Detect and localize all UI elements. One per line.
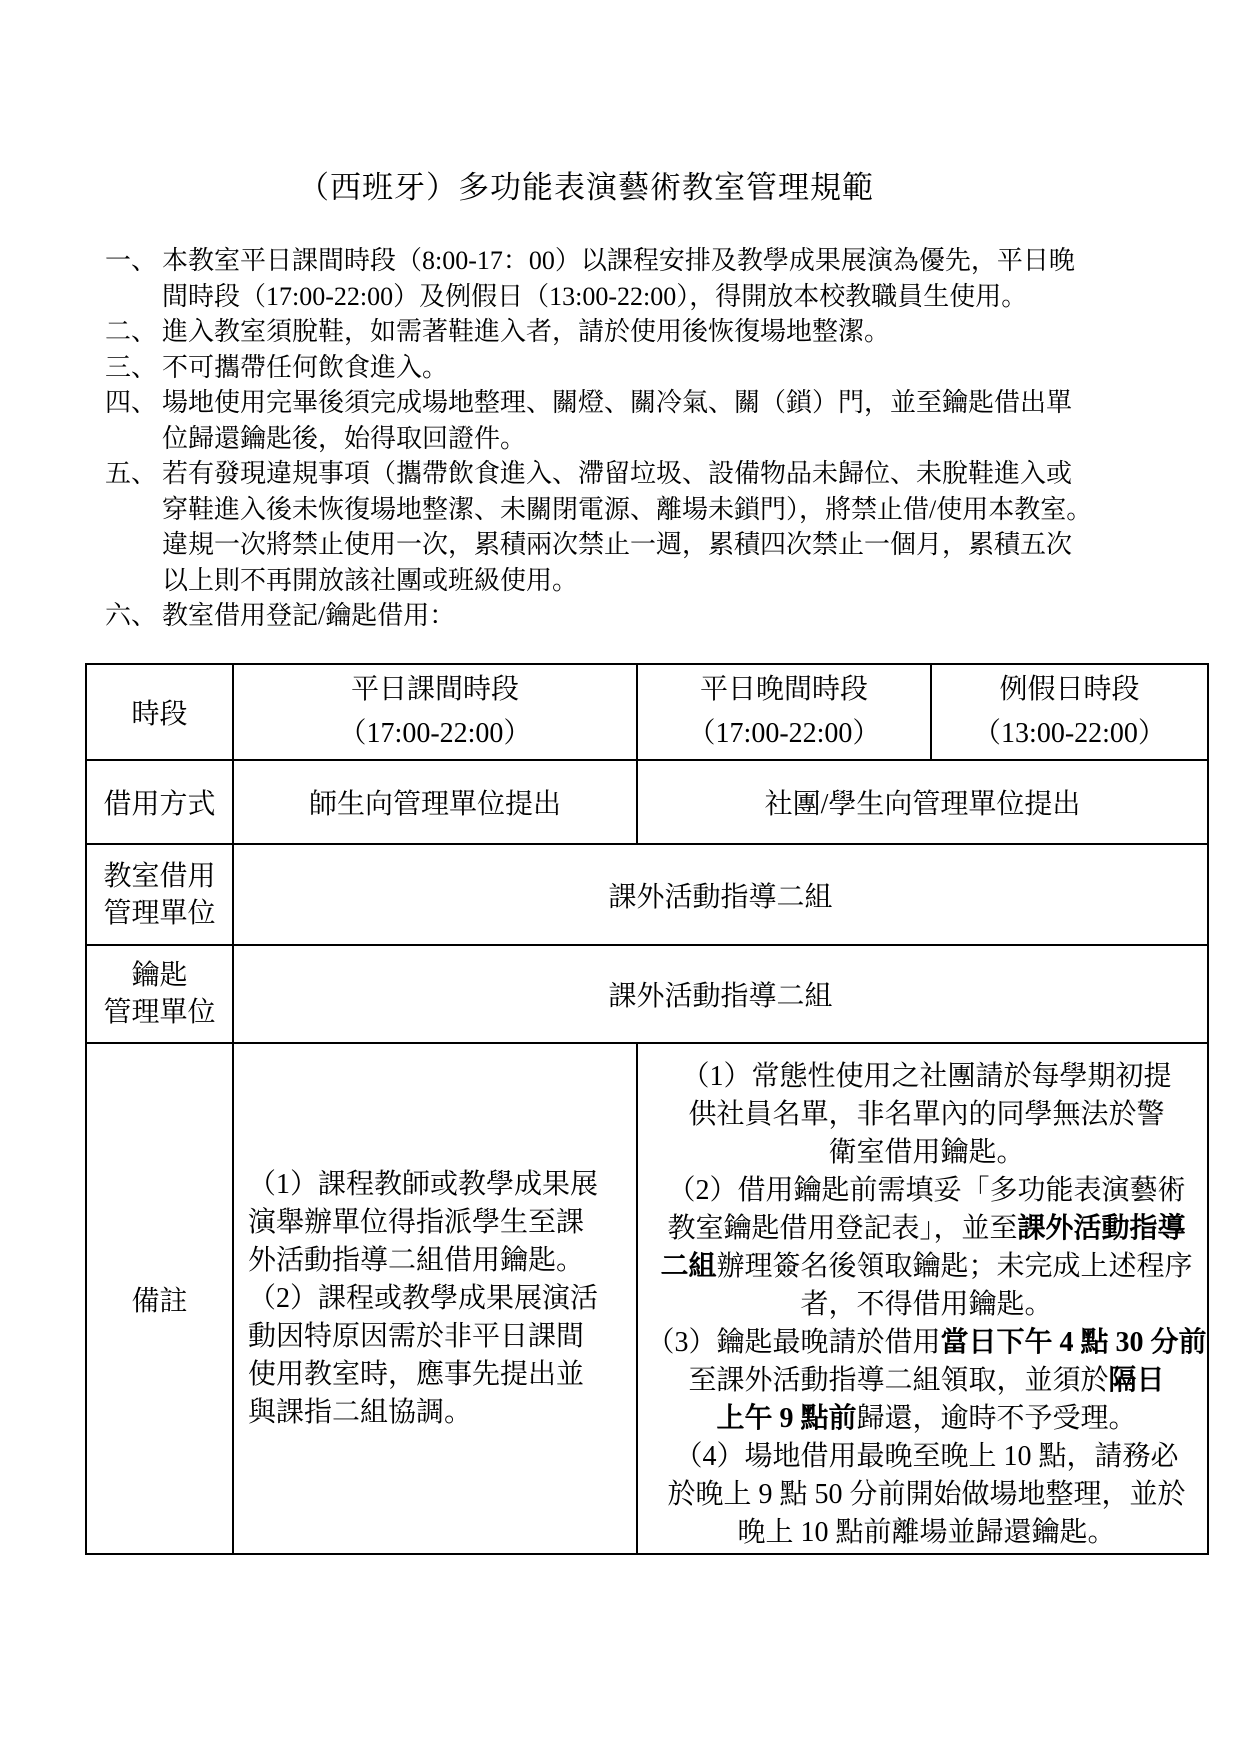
row-label-room-admin-unit: 教室借用 管理單位 xyxy=(86,844,233,945)
rule-item: 四、場地使用完畢後須完成場地整理、關燈、關冷氣、關（鎖）門，並至鑰匙借出單 位歸… xyxy=(105,385,1195,456)
rule-number: 二、 xyxy=(105,314,162,350)
notes-line: 供社員名單，非名單內的同學無法於警 xyxy=(646,1096,1207,1134)
table-row-key-admin-unit: 鑰匙 管理單位 課外活動指導二組 xyxy=(86,945,1208,1043)
row-label-notes: 備註 xyxy=(86,1043,233,1554)
table-row-notes: 備註 （1）課程教師或教學成果展 演舉辦單位得指派學生至課 外活動指導二組借用鑰… xyxy=(86,1043,1208,1554)
notes-line: （1）常態性使用之社團請於每學期初提 xyxy=(646,1058,1207,1096)
rule-number: 一、 xyxy=(105,243,162,279)
borrowing-table: 時段 平日課間時段 （17:00-22:00） 平日晚間時段 （17:00-22… xyxy=(85,663,1209,1555)
rule-item: 二、進入教室須脫鞋，如需著鞋進入者，請於使用後恢復場地整潔。 xyxy=(105,314,1195,350)
table-row-time-slot: 時段 平日課間時段 （17:00-22:00） 平日晚間時段 （17:00-22… xyxy=(86,664,1208,760)
cell-weekday-evening-time-range: （17:00-22:00） xyxy=(638,712,930,756)
notes-line: 晚上 10 點前離場並歸還鑰匙。 xyxy=(646,1514,1207,1552)
rule-text: 教室借用登記/鑰匙借用： xyxy=(162,598,455,634)
notes-line: （2）借用鑰匙前需填妥「多功能表演藝術 xyxy=(646,1172,1207,1210)
rule-number: 三、 xyxy=(105,350,162,386)
notes-line: 至課外活動指導二組領取，並須於隔日 xyxy=(646,1362,1207,1400)
notes-line: （4）場地借用最晚至晚上 10 點，請務必 xyxy=(646,1438,1207,1476)
cell-room-admin-unit: 課外活動指導二組 xyxy=(233,844,1208,945)
rule-item: 三、不可攜帶任何飲食進入。 xyxy=(105,350,1195,386)
notes-teacher-text: （1）課程教師或教學成果展 演舉辦單位得指派學生至課 外活動指導二組借用鑰匙。 … xyxy=(234,1166,636,1432)
cell-weekday-evening-time: 平日晚間時段 （17:00-22:00） xyxy=(637,664,931,760)
rule-text: 本教室平日課間時段（8:00-17：00）以課程安排及教學成果展演為優先，平日晚… xyxy=(162,243,1075,314)
notes-line: 上午 9 點前歸還，逾時不予受理。 xyxy=(646,1400,1207,1438)
rule-number: 六、 xyxy=(105,598,162,634)
rule-number: 四、 xyxy=(105,385,162,421)
cell-method-weekday: 師生向管理單位提出 xyxy=(233,760,637,844)
rule-item: 五、若有發現違規事項（攜帶飲食進入、滯留垃圾、設備物品未歸位、未脫鞋進入或 穿鞋… xyxy=(105,456,1195,598)
notes-line: 教室鑰匙借用登記表」，並至課外活動指導 xyxy=(646,1210,1207,1248)
table-row-borrow-method: 借用方式 師生向管理單位提出 社團/學生向管理單位提出 xyxy=(86,760,1208,844)
notes-club-text: （1）常態性使用之社團請於每學期初提供社員名單，非名單內的同學無法於警衛室借用鑰… xyxy=(638,1045,1207,1552)
rules-list: 一、本教室平日課間時段（8:00-17：00）以課程安排及教學成果展演為優先，平… xyxy=(105,243,1195,634)
cell-holiday-time-range: （13:00-22:00） xyxy=(932,712,1207,756)
cell-holiday-time-name: 例假日時段 xyxy=(932,668,1207,712)
notes-line: 衛室借用鑰匙。 xyxy=(646,1134,1207,1172)
notes-line: （3）鑰匙最晚請於借用當日下午 4 點 30 分前 xyxy=(646,1324,1207,1362)
row-label-time-slot: 時段 xyxy=(86,664,233,760)
document-title: （西班牙）多功能表演藝術教室管理規範 xyxy=(298,162,874,207)
cell-notes-teacher-side: （1）課程教師或教學成果展 演舉辦單位得指派學生至課 外活動指導二組借用鑰匙。 … xyxy=(233,1043,637,1554)
rule-text: 不可攜帶任何飲食進入。 xyxy=(162,350,448,386)
cell-key-admin-unit: 課外活動指導二組 xyxy=(233,945,1208,1043)
rule-text: 場地使用完畢後須完成場地整理、關燈、關冷氣、關（鎖）門，並至鑰匙借出單 位歸還鑰… xyxy=(162,385,1072,456)
rule-text: 進入教室須脫鞋，如需著鞋進入者，請於使用後恢復場地整潔。 xyxy=(162,314,890,350)
notes-line: 二組辦理簽名後領取鑰匙；未完成上述程序 xyxy=(646,1248,1207,1286)
cell-method-evening-holiday: 社團/學生向管理單位提出 xyxy=(637,760,1208,844)
table-row-room-admin-unit: 教室借用 管理單位 課外活動指導二組 xyxy=(86,844,1208,945)
cell-weekday-evening-time-name: 平日晚間時段 xyxy=(638,668,930,712)
notes-line: 者，不得借用鑰匙。 xyxy=(646,1286,1207,1324)
rule-item: 一、本教室平日課間時段（8:00-17：00）以課程安排及教學成果展演為優先，平… xyxy=(105,243,1195,314)
rule-item: 六、教室借用登記/鑰匙借用： xyxy=(105,598,1195,634)
rule-text: 若有發現違規事項（攜帶飲食進入、滯留垃圾、設備物品未歸位、未脫鞋進入或 穿鞋進入… xyxy=(162,456,1092,598)
cell-holiday-time: 例假日時段 （13:00-22:00） xyxy=(931,664,1208,760)
cell-weekday-class-time-range: （17:00-22:00） xyxy=(234,712,636,756)
document-page: （西班牙）多功能表演藝術教室管理規範 一、本教室平日課間時段（8:00-17：0… xyxy=(0,0,1241,1755)
rule-number: 五、 xyxy=(105,456,162,492)
cell-weekday-class-time-name: 平日課間時段 xyxy=(234,668,636,712)
row-label-borrow-method: 借用方式 xyxy=(86,760,233,844)
cell-notes-club-side: （1）常態性使用之社團請於每學期初提供社員名單，非名單內的同學無法於警衛室借用鑰… xyxy=(637,1043,1208,1554)
row-label-key-admin-unit: 鑰匙 管理單位 xyxy=(86,945,233,1043)
notes-line: 於晚上 9 點 50 分前開始做場地整理，並於 xyxy=(646,1476,1207,1514)
cell-weekday-class-time: 平日課間時段 （17:00-22:00） xyxy=(233,664,637,760)
